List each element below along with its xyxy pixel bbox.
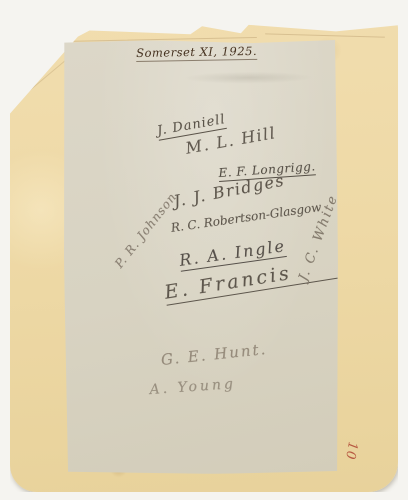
collector-number-mark: 10 bbox=[342, 440, 360, 461]
autograph-album-scan: Somerset XI, 1925. J. DaniellM. L. HillE… bbox=[0, 0, 408, 500]
signature-johnson: P. R. Johnson bbox=[112, 190, 179, 271]
signatures-layer: J. DaniellM. L. HillE. F. Longrigg.J. J.… bbox=[0, 0, 408, 500]
signature-hunt: G. E. Hunt. bbox=[160, 340, 268, 369]
signature-young: A. Young bbox=[149, 376, 236, 398]
